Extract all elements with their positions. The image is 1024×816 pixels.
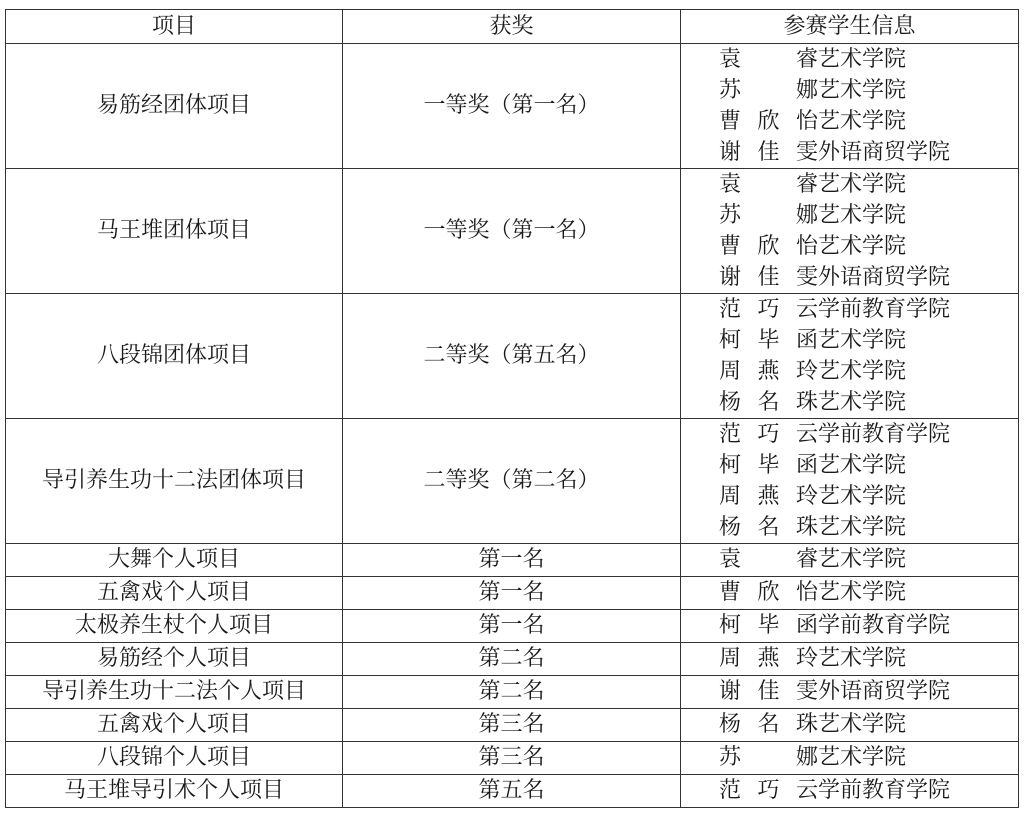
- student-name: 范巧云: [719, 775, 818, 807]
- student-college: 艺术学院: [818, 325, 906, 356]
- student-college: 外语商贸学院: [818, 262, 950, 293]
- student-entry: 谢佳雯外语商贸学院: [719, 137, 1018, 168]
- table-row: 五禽戏个人项目第一名曹欣怡艺术学院: [6, 577, 1019, 610]
- student-name: 柯毕函: [719, 610, 818, 642]
- header-students: 参赛学生信息: [681, 10, 1019, 44]
- student-entry: 柯毕函学前教育学院: [719, 610, 1018, 642]
- header-award: 获奖: [343, 10, 681, 44]
- student-entry: 曹欣怡艺术学院: [719, 231, 1018, 262]
- student-name: 谢佳雯: [719, 262, 818, 293]
- student-name: 苏 娜: [719, 742, 818, 774]
- student-college: 艺术学院: [818, 577, 906, 609]
- student-college: 艺术学院: [818, 169, 906, 200]
- student-name: 苏 娜: [719, 75, 818, 106]
- student-entry: 杨名珠艺术学院: [719, 512, 1018, 543]
- project-cell: 五禽戏个人项目: [6, 577, 343, 610]
- table-row: 马王堆团体项目一等奖（第一名）袁 睿艺术学院苏 娜艺术学院曹欣怡艺术学院谢佳雯外…: [6, 169, 1019, 294]
- student-entry: 范巧云学前教育学院: [719, 775, 1018, 807]
- table-row: 易筋经团体项目一等奖（第一名）袁 睿艺术学院苏 娜艺术学院曹欣怡艺术学院谢佳雯外…: [6, 44, 1019, 169]
- student-entry: 杨名珠艺术学院: [719, 709, 1018, 741]
- student-name: 苏 娜: [719, 200, 818, 231]
- student-college: 学前教育学院: [818, 775, 950, 807]
- student-name: 范巧云: [719, 419, 818, 450]
- award-cell: 第五名: [343, 775, 681, 808]
- students-cell: 柯毕函学前教育学院: [681, 610, 1019, 643]
- student-entry: 周燕玲艺术学院: [719, 481, 1018, 512]
- awards-table: 项目 获奖 参赛学生信息 易筋经团体项目一等奖（第一名）袁 睿艺术学院苏 娜艺术…: [5, 9, 1019, 808]
- student-entry: 苏 娜艺术学院: [719, 742, 1018, 774]
- students-cell: 范巧云学前教育学院柯毕函艺术学院周燕玲艺术学院杨名珠艺术学院: [681, 294, 1019, 419]
- student-college: 艺术学院: [818, 544, 906, 576]
- project-cell: 导引养生功十二法团体项目: [6, 419, 343, 544]
- student-name: 周燕玲: [719, 356, 818, 387]
- project-cell: 八段锦团体项目: [6, 294, 343, 419]
- student-name: 周燕玲: [719, 643, 818, 675]
- award-cell: 第二名: [343, 676, 681, 709]
- project-cell: 易筋经团体项目: [6, 44, 343, 169]
- student-name: 周燕玲: [719, 481, 818, 512]
- table-row: 导引养生功十二法团体项目二等奖（第二名）范巧云学前教育学院柯毕函艺术学院周燕玲艺…: [6, 419, 1019, 544]
- students-cell: 袁 睿艺术学院苏 娜艺术学院曹欣怡艺术学院谢佳雯外语商贸学院: [681, 44, 1019, 169]
- project-cell: 导引养生功十二法个人项目: [6, 676, 343, 709]
- student-entry: 曹欣怡艺术学院: [719, 577, 1018, 609]
- student-college: 艺术学院: [818, 200, 906, 231]
- students-cell: 曹欣怡艺术学院: [681, 577, 1019, 610]
- student-entry: 谢佳雯外语商贸学院: [719, 676, 1018, 708]
- student-college: 艺术学院: [818, 356, 906, 387]
- student-college: 艺术学院: [818, 450, 906, 481]
- student-entry: 杨名珠艺术学院: [719, 387, 1018, 418]
- award-cell: 第三名: [343, 742, 681, 775]
- award-cell: 第三名: [343, 709, 681, 742]
- student-name: 谢佳雯: [719, 676, 818, 708]
- student-college: 艺术学院: [818, 481, 906, 512]
- student-name: 柯毕函: [719, 325, 818, 356]
- award-cell: 第一名: [343, 577, 681, 610]
- header-row: 项目 获奖 参赛学生信息: [6, 10, 1019, 44]
- header-project: 项目: [6, 10, 343, 44]
- student-name: 范巧云: [719, 294, 818, 325]
- student-name: 柯毕函: [719, 450, 818, 481]
- student-college: 艺术学院: [818, 643, 906, 675]
- project-cell: 八段锦个人项目: [6, 742, 343, 775]
- student-entry: 周燕玲艺术学院: [719, 643, 1018, 675]
- project-cell: 马王堆导引术个人项目: [6, 775, 343, 808]
- student-college: 学前教育学院: [818, 419, 950, 450]
- student-name: 曹欣怡: [719, 577, 818, 609]
- student-name: 袁 睿: [719, 44, 818, 75]
- table-row: 导引养生功十二法个人项目第二名谢佳雯外语商贸学院: [6, 676, 1019, 709]
- project-cell: 大舞个人项目: [6, 544, 343, 577]
- student-name: 袁 睿: [719, 169, 818, 200]
- students-cell: 谢佳雯外语商贸学院: [681, 676, 1019, 709]
- table-row: 五禽戏个人项目第三名杨名珠艺术学院: [6, 709, 1019, 742]
- student-college: 学前教育学院: [818, 294, 950, 325]
- student-college: 艺术学院: [818, 75, 906, 106]
- student-college: 外语商贸学院: [818, 676, 950, 708]
- award-cell: 一等奖（第一名）: [343, 44, 681, 169]
- student-name: 袁 睿: [719, 544, 818, 576]
- student-college: 外语商贸学院: [818, 137, 950, 168]
- student-college: 艺术学院: [818, 709, 906, 741]
- award-cell: 二等奖（第二名）: [343, 419, 681, 544]
- student-college: 艺术学院: [818, 106, 906, 137]
- table-row: 八段锦团体项目二等奖（第五名）范巧云学前教育学院柯毕函艺术学院周燕玲艺术学院杨名…: [6, 294, 1019, 419]
- student-entry: 袁 睿艺术学院: [719, 44, 1018, 75]
- table-row: 马王堆导引术个人项目第五名范巧云学前教育学院: [6, 775, 1019, 808]
- students-cell: 袁 睿艺术学院: [681, 544, 1019, 577]
- student-entry: 苏 娜艺术学院: [719, 200, 1018, 231]
- table-row: 八段锦个人项目第三名苏 娜艺术学院: [6, 742, 1019, 775]
- students-cell: 范巧云学前教育学院: [681, 775, 1019, 808]
- student-name: 谢佳雯: [719, 137, 818, 168]
- student-name: 杨名珠: [719, 387, 818, 418]
- project-cell: 太极养生杖个人项目: [6, 610, 343, 643]
- award-cell: 第一名: [343, 610, 681, 643]
- students-cell: 杨名珠艺术学院: [681, 709, 1019, 742]
- table-row: 易筋经个人项目第二名周燕玲艺术学院: [6, 643, 1019, 676]
- student-college: 艺术学院: [818, 231, 906, 262]
- project-cell: 马王堆团体项目: [6, 169, 343, 294]
- project-cell: 五禽戏个人项目: [6, 709, 343, 742]
- student-entry: 袁 睿艺术学院: [719, 169, 1018, 200]
- award-cell: 第二名: [343, 643, 681, 676]
- student-entry: 袁 睿艺术学院: [719, 544, 1018, 576]
- students-cell: 周燕玲艺术学院: [681, 643, 1019, 676]
- student-name: 曹欣怡: [719, 231, 818, 262]
- student-entry: 柯毕函艺术学院: [719, 325, 1018, 356]
- table-row: 大舞个人项目第一名袁 睿艺术学院: [6, 544, 1019, 577]
- award-cell: 一等奖（第一名）: [343, 169, 681, 294]
- award-cell: 第一名: [343, 544, 681, 577]
- students-cell: 袁 睿艺术学院苏 娜艺术学院曹欣怡艺术学院谢佳雯外语商贸学院: [681, 169, 1019, 294]
- student-name: 杨名珠: [719, 709, 818, 741]
- student-college: 艺术学院: [818, 44, 906, 75]
- student-entry: 苏 娜艺术学院: [719, 75, 1018, 106]
- student-name: 杨名珠: [719, 512, 818, 543]
- award-cell: 二等奖（第五名）: [343, 294, 681, 419]
- table-body: 易筋经团体项目一等奖（第一名）袁 睿艺术学院苏 娜艺术学院曹欣怡艺术学院谢佳雯外…: [6, 44, 1019, 808]
- student-entry: 柯毕函艺术学院: [719, 450, 1018, 481]
- student-entry: 范巧云学前教育学院: [719, 419, 1018, 450]
- student-college: 艺术学院: [818, 742, 906, 774]
- students-cell: 苏 娜艺术学院: [681, 742, 1019, 775]
- student-college: 学前教育学院: [818, 610, 950, 642]
- student-college: 艺术学院: [818, 387, 906, 418]
- student-college: 艺术学院: [818, 512, 906, 543]
- student-name: 曹欣怡: [719, 106, 818, 137]
- student-entry: 谢佳雯外语商贸学院: [719, 262, 1018, 293]
- project-cell: 易筋经个人项目: [6, 643, 343, 676]
- students-cell: 范巧云学前教育学院柯毕函艺术学院周燕玲艺术学院杨名珠艺术学院: [681, 419, 1019, 544]
- student-entry: 范巧云学前教育学院: [719, 294, 1018, 325]
- student-entry: 周燕玲艺术学院: [719, 356, 1018, 387]
- table-row: 太极养生杖个人项目第一名柯毕函学前教育学院: [6, 610, 1019, 643]
- student-entry: 曹欣怡艺术学院: [719, 106, 1018, 137]
